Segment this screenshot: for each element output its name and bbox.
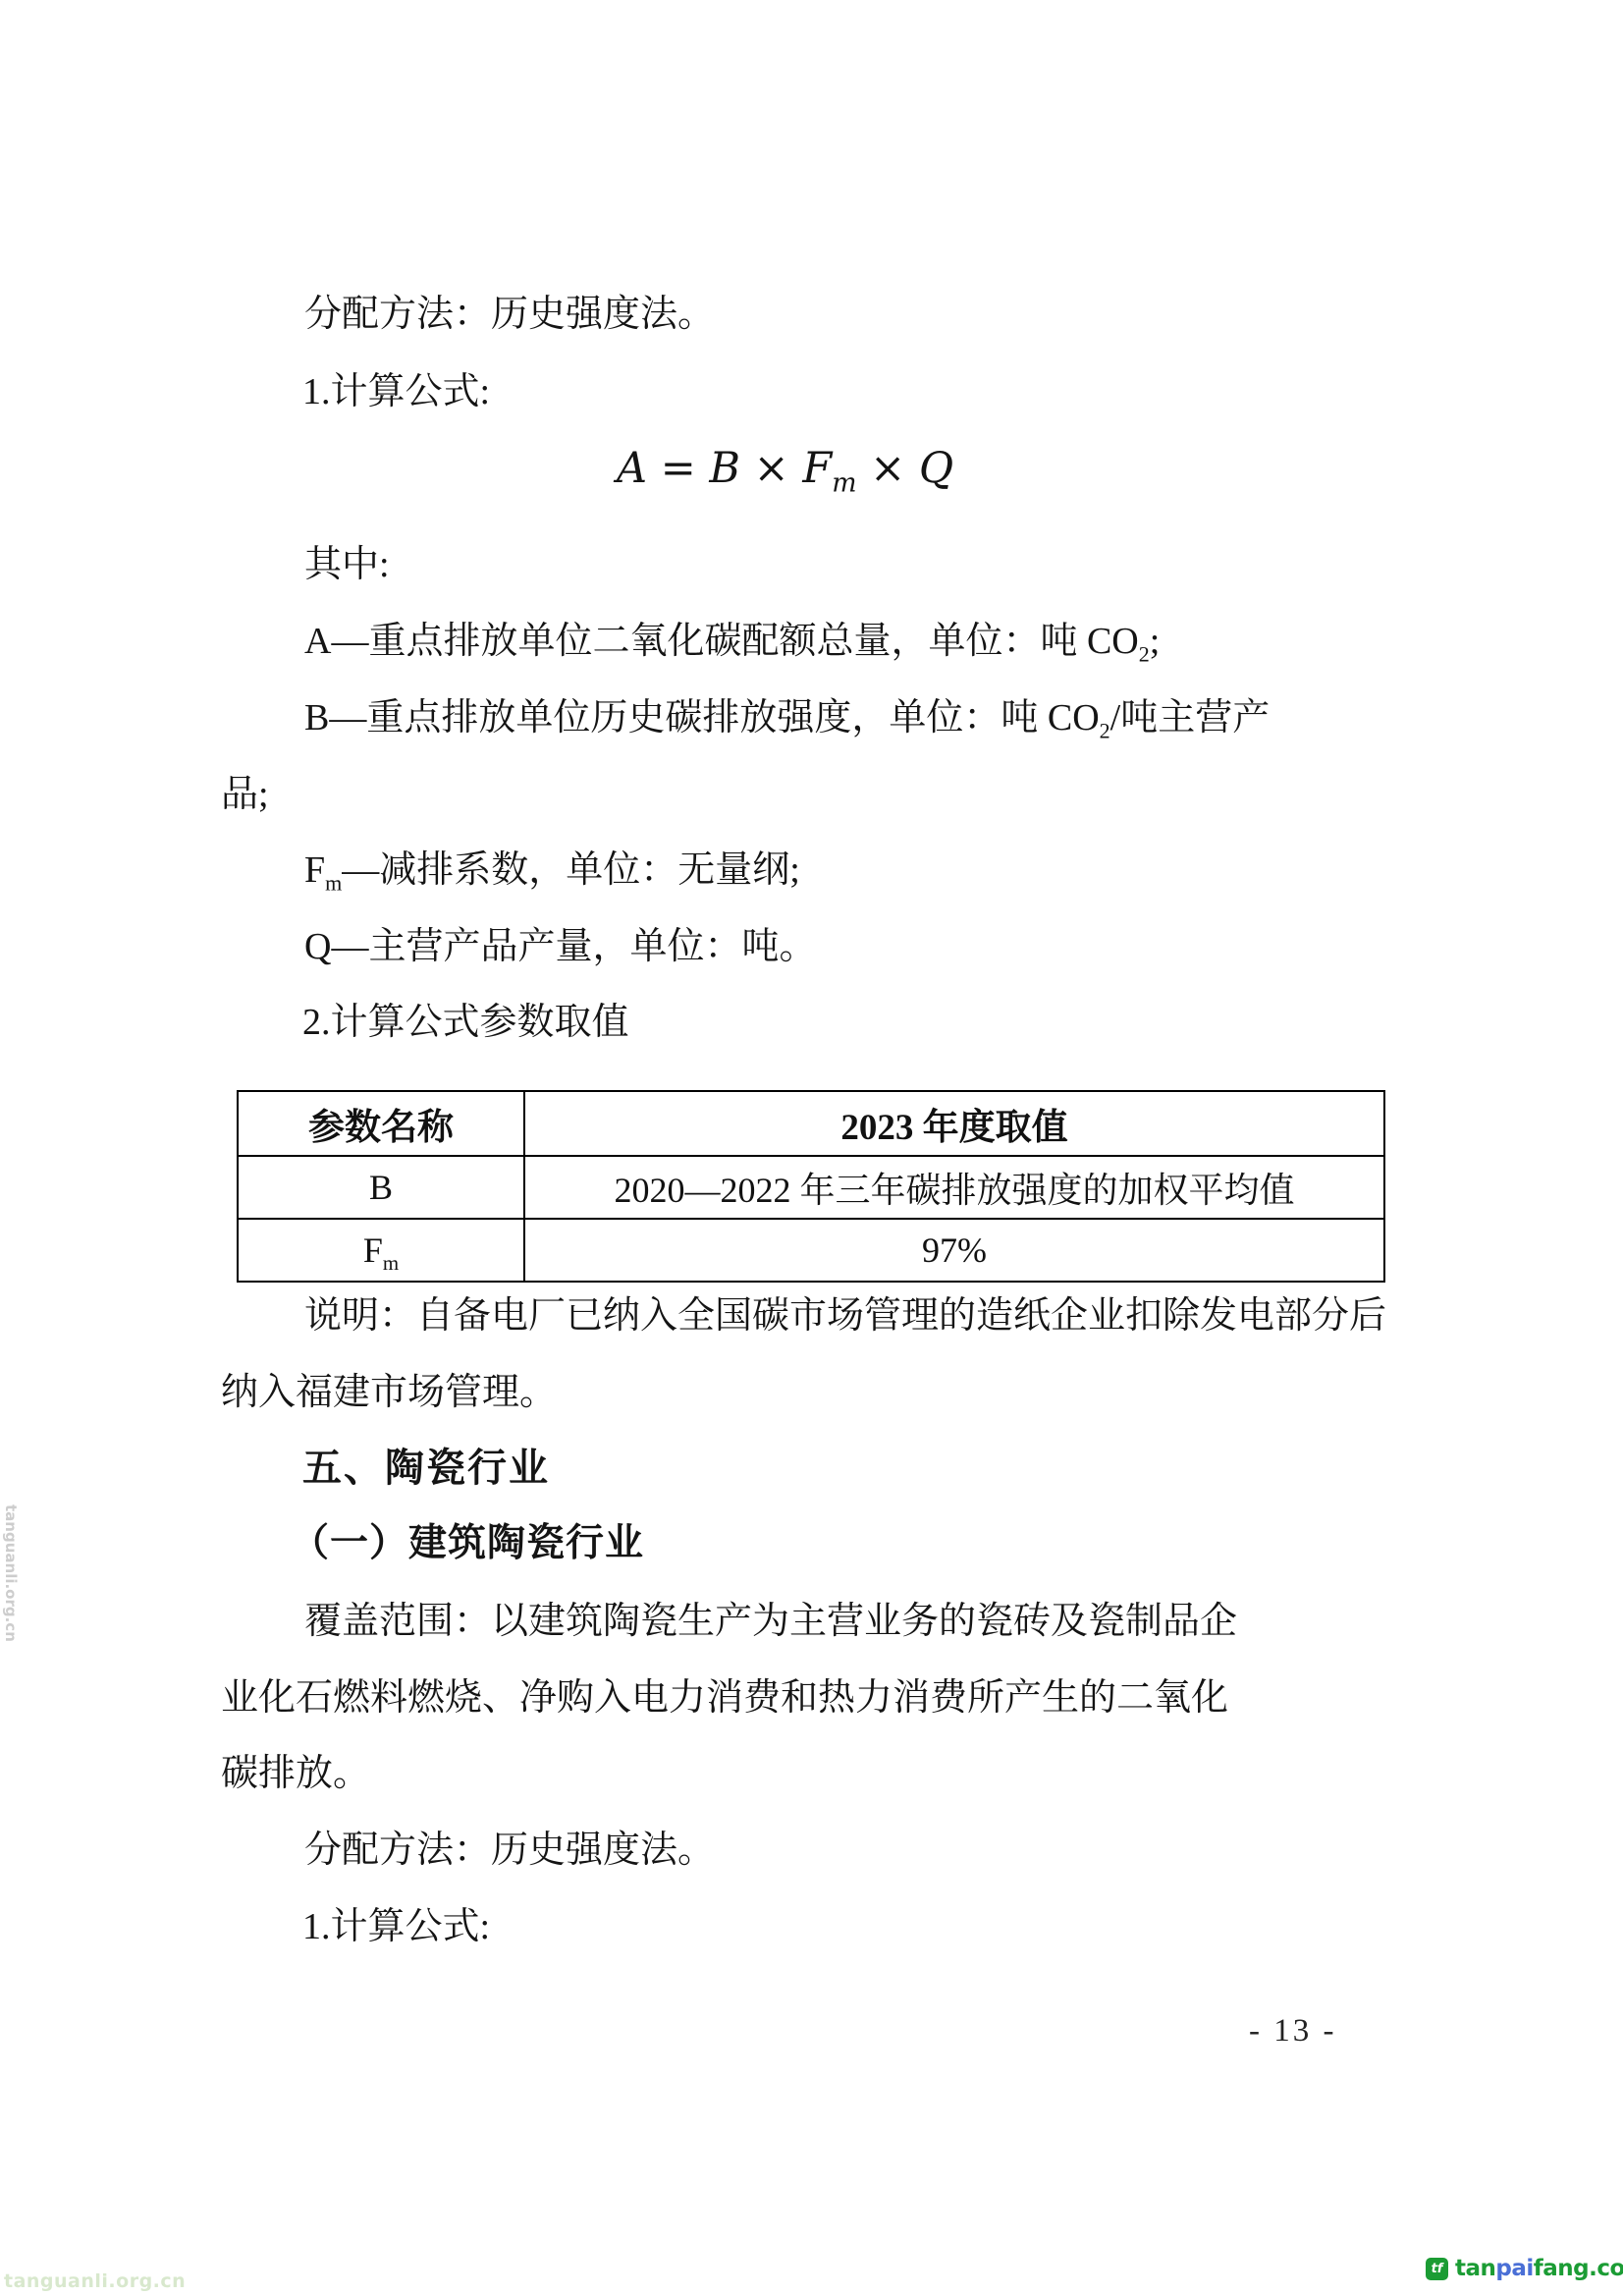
param-b-value-cell: 2020—2022 年三年碳排放强度的加权平均值 [524,1156,1384,1219]
brand-wordmark: tanpaifang.com [1455,2256,1623,2281]
document-page: 分配方法：历史强度法。 1.计算公式: A = B × Fm × Q 其中: A… [0,0,1623,2296]
calculation-formula-label-2: 1.计算公式: [302,1904,490,1951]
among-label: 其中: [304,542,390,589]
subsection-heading-building-ceramics: （一）建筑陶瓷行业 [291,1520,644,1568]
param-fm-sub: m [383,1251,399,1275]
brand-part-tan: tan [1455,2256,1495,2281]
brand-part-pai: pai [1495,2256,1533,2281]
param-fm-cell: Fm [238,1219,524,1282]
definition-b-wrap-line: 品; [221,772,269,819]
table-row-fm: Fm 97% [238,1219,1384,1282]
brand-logo-icon: tf [1426,2258,1448,2280]
definition-fm-line: Fm—减排系数，单位：无量纲; [304,847,800,895]
formula-post: × Q [857,444,954,493]
parameter-name-header: 参数名称 [238,1091,524,1156]
watermark-bottom-left: tanguanli.org.cn [4,2270,186,2292]
definition-a-text: A—重点排放单位二氧化碳配额总量，单位：吨 CO [304,621,1139,662]
section-heading-ceramics: 五、陶瓷行业 [302,1444,550,1493]
scope-line-2: 业化石燃料燃烧、净购入电力消费和热力消费所产生的二氧化 [221,1675,1228,1722]
formula: A = B × Fm × Q [617,444,953,493]
definition-b-sub: 2 [1100,719,1110,743]
page-number: - 13 - [1249,2013,1336,2050]
parameter-values-heading: 2.计算公式参数取值 [302,1000,629,1047]
formula-subscript: m [832,468,856,499]
note-line-2: 纳入福建市场管理。 [221,1370,557,1417]
definition-fm-text: —减排系数，单位：无量纲; [342,849,800,891]
definition-a-tail: ; [1150,621,1161,662]
definition-b-text: B—重点排放单位历史碳排放强度，单位：吨 CO [304,697,1100,738]
parameter-table-header-row: 参数名称 2023 年度取值 [238,1091,1384,1156]
calculation-formula-label-1: 1.计算公式: [302,369,490,416]
definition-a-line: A—重点排放单位二氧化碳配额总量，单位：吨 CO2; [304,619,1160,666]
parameter-table: 参数名称 2023 年度取值 B 2020—2022 年三年碳排放强度的加权平均… [237,1090,1385,1283]
definition-fm-sub: m [325,871,342,896]
formula-pre: A = B × F [617,444,832,493]
definition-q-line: Q—主营产品产量，单位：吨。 [304,924,816,971]
allocation-method-line-1: 分配方法：历史强度法。 [304,292,715,339]
definition-fm-symbol: F [304,849,325,891]
note-line-1: 说明：自备电厂已纳入全国碳市场管理的造纸企业扣除发电部分后 [304,1293,1386,1340]
definition-b-tail: /吨主营产 [1110,697,1271,738]
table-row-b: B 2020—2022 年三年碳排放强度的加权平均值 [238,1156,1384,1219]
year-value-header: 2023 年度取值 [524,1091,1384,1156]
scope-line-1: 覆盖范围：以建筑陶瓷生产为主营业务的瓷砖及瓷制品企 [304,1599,1237,1646]
param-fm-symbol: F [363,1230,383,1270]
definition-a-sub: 2 [1139,642,1150,667]
definition-b-line: B—重点排放单位历史碳排放强度，单位：吨 CO2/吨主营产 [304,695,1270,742]
allocation-method-line-2: 分配方法：历史强度法。 [304,1828,715,1875]
scope-line-3: 碳排放。 [221,1751,370,1798]
param-fm-value-cell: 97% [524,1219,1384,1282]
brand-part-fang: fang.com [1534,2256,1623,2281]
watermark-left-vertical: tanguanli.org.cn [2,1504,20,1642]
param-b-cell: B [238,1156,524,1219]
brand-watermark: tf tanpaifang.com [1426,2256,1623,2281]
